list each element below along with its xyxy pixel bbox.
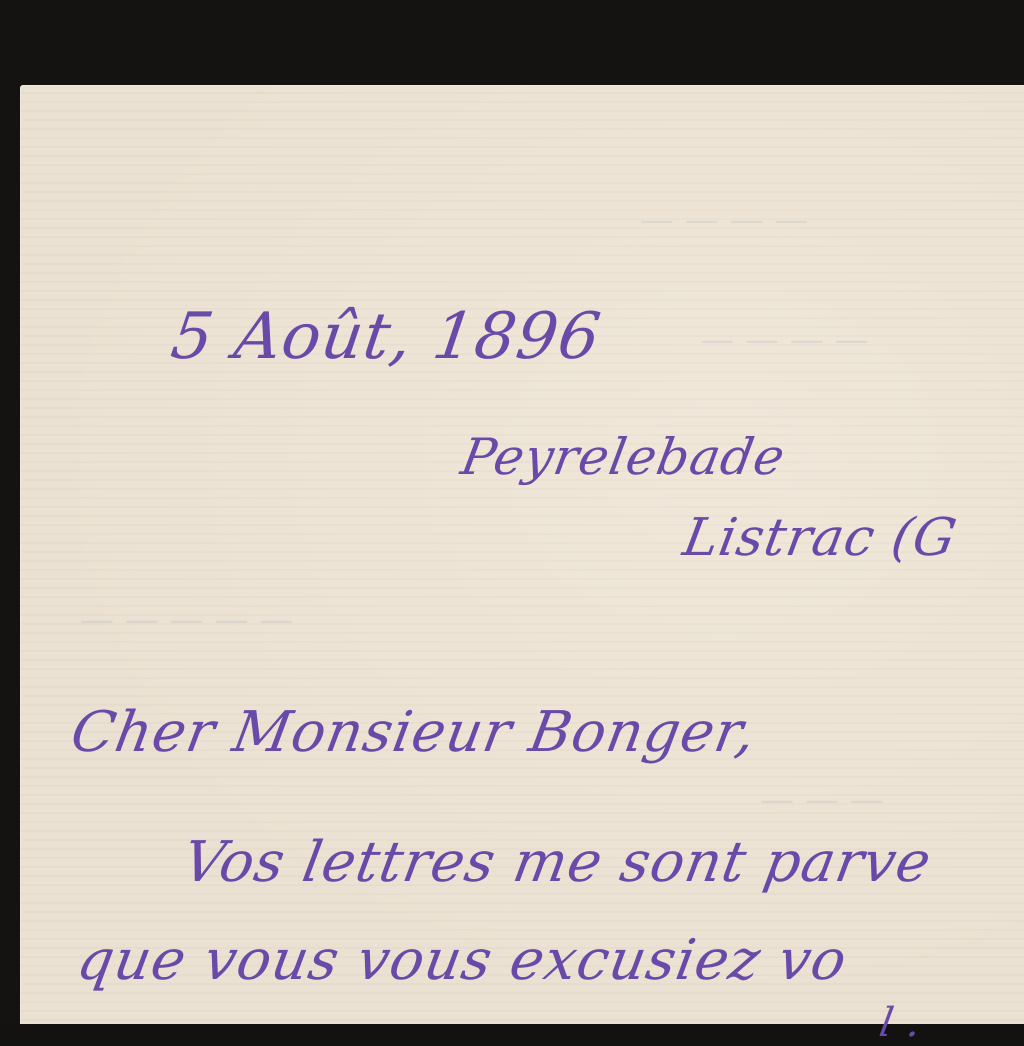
letter-place-line-1: Peyrelebade	[457, 428, 790, 486]
scan-background: — — — — — — — — — — — — — — — — 5 Août, …	[0, 0, 1024, 1024]
letter-date: 5 Août, 1896	[167, 300, 606, 374]
letter-place-line-2: Listrac (G	[679, 508, 962, 568]
letter-partial-line: l .	[876, 1000, 925, 1024]
letter-body-line: Vos lettres me sont parve	[178, 830, 936, 895]
letter-body-line: que vous vous excusiez vo	[72, 928, 852, 993]
letter-salutation: Cher Monsieur Bonger,	[66, 700, 761, 765]
